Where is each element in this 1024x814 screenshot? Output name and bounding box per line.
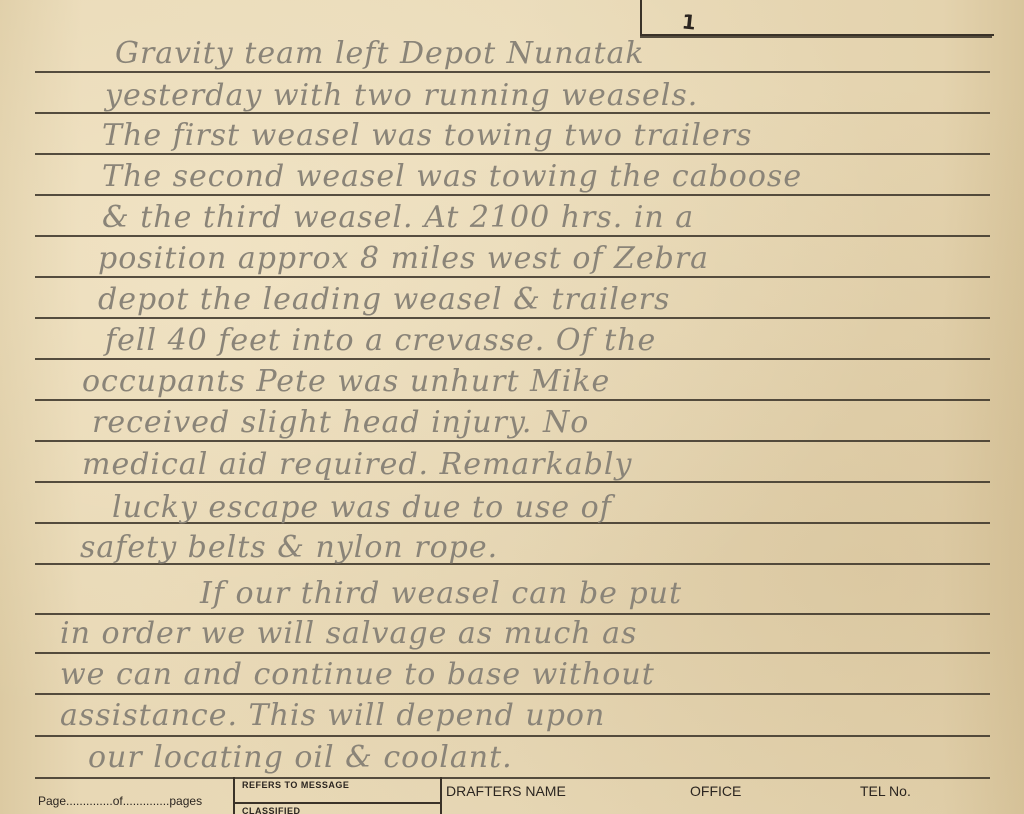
handwritten-line: in order we will salvage as much as: [60, 614, 940, 654]
handwritten-line: If our third weasel can be put: [200, 574, 1024, 614]
handwritten-line: yesterday with two running weasels.: [105, 76, 985, 116]
page-number: 1: [681, 9, 697, 34]
handwritten-line: received slight head injury. No: [92, 403, 972, 443]
page-number-box: 1: [640, 0, 994, 36]
handwritten-line: our locating oil & coolant.: [88, 738, 968, 778]
handwritten-line: position approx 8 miles west of Zebra: [98, 239, 978, 279]
handwritten-line: The second weasel was towing the caboose: [102, 157, 982, 197]
box-divider: [235, 802, 440, 804]
handwritten-line: & the third weasel. At 2100 hrs. in a: [102, 198, 982, 238]
classified-label: CLASSIFIED: [242, 806, 301, 814]
tel-no-label: TEL No.: [860, 783, 911, 799]
handwritten-line: we can and continue to base without: [60, 655, 940, 695]
handwritten-line: assistance. This will depend upon: [60, 696, 940, 736]
handwritten-line: occupants Pete was unhurt Mike: [82, 362, 962, 402]
drafters-name-label: DRAFTERS NAME: [446, 783, 566, 799]
form-footer: Page..............of..............pages …: [0, 777, 1024, 814]
handwritten-line: fell 40 feet into a crevasse. Of the: [105, 321, 985, 361]
handwritten-line: Gravity team left Depot Nunatak: [115, 34, 995, 74]
handwritten-line: safety belts & nylon rope.: [80, 528, 960, 568]
handwritten-line: medical aid required. Remarkably: [82, 445, 962, 485]
page-count-field: Page..............of..............pages: [38, 794, 202, 808]
refers-classified-box: REFERS TO MESSAGE CLASSIFIED: [233, 777, 442, 814]
office-label: OFFICE: [690, 783, 741, 799]
refers-to-message-label: REFERS TO MESSAGE: [242, 780, 349, 790]
handwritten-line: depot the leading weasel & trailers: [98, 280, 978, 320]
handwritten-line: The first weasel was towing two trailers: [102, 116, 982, 156]
message-form-page: 1 Gravity team left Depot Nunatak yester…: [0, 0, 1024, 814]
handwritten-line: lucky escape was due to use of: [112, 488, 992, 528]
